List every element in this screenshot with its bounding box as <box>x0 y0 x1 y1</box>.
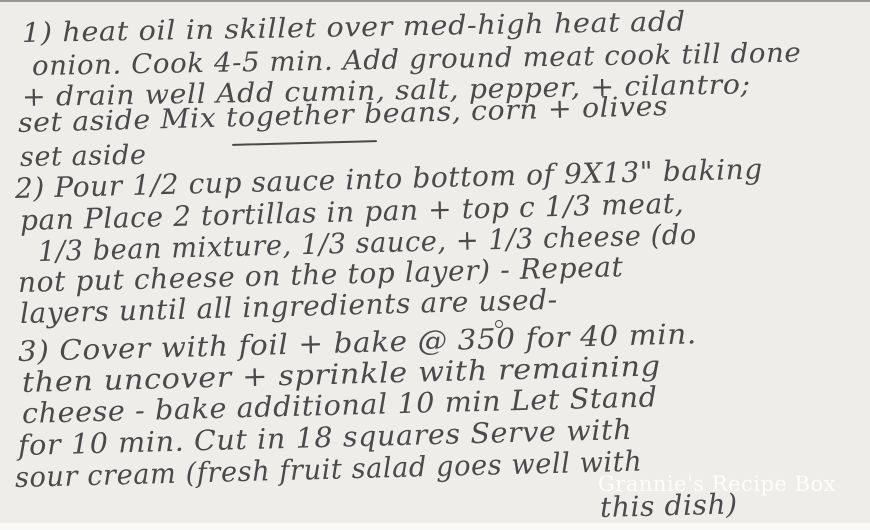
recipe-card: 1) heat oil in skillet over med-high hea… <box>0 0 870 523</box>
watermark: Grannie's Recipe Box <box>598 472 836 496</box>
scan-bottom-edge <box>0 523 870 530</box>
step-1-line-5: set aside <box>20 142 147 171</box>
degree-symbol <box>495 320 503 328</box>
underline-divider <box>232 140 377 146</box>
